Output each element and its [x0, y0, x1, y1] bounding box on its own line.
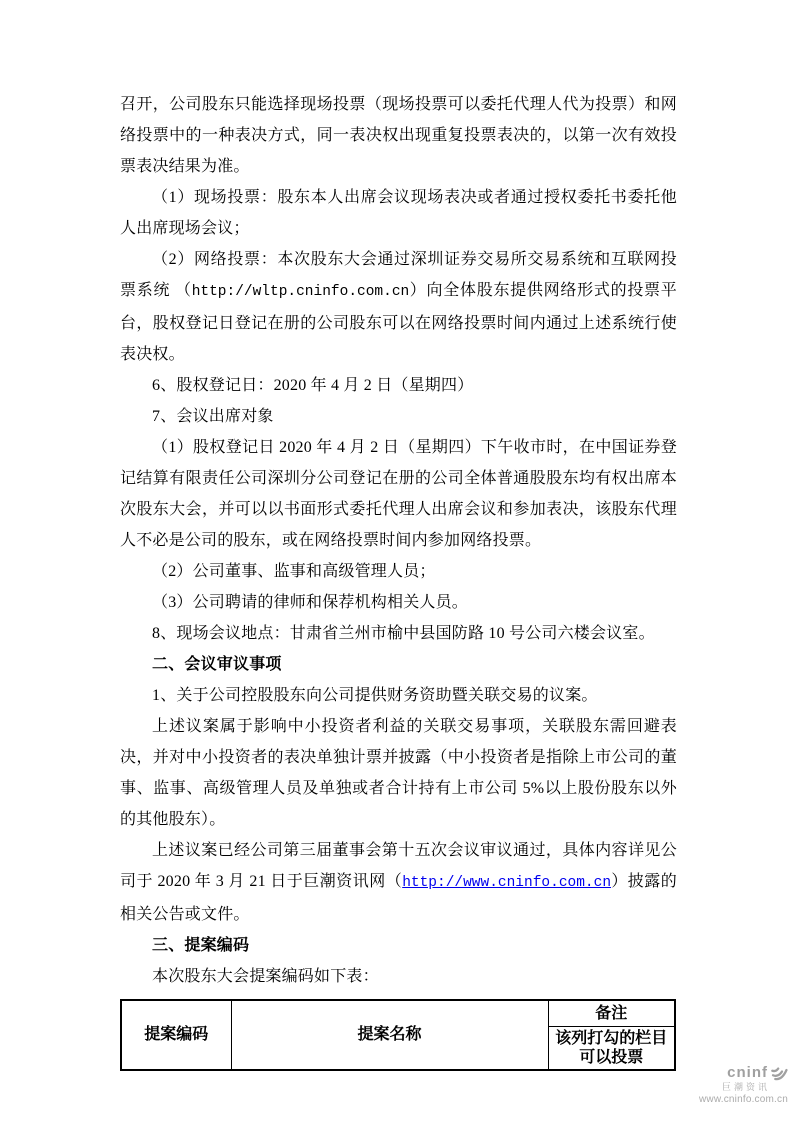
document-page: 召开，公司股东只能选择现场投票（现场投票可以委托代理人代为投票）和网络投票中的一… — [0, 0, 793, 1122]
paragraph-board-approval: 上述议案已经公司第三届董事会第十五次会议审议通过，具体内容详见公司于 2020 … — [120, 835, 677, 930]
paragraph-proposal-item: 1、关于公司控股股东向公司提供财务资助暨关联交易的议案。 — [120, 680, 677, 711]
paragraph-attendees-directors: （2）公司董事、监事和高级管理人员； — [120, 556, 677, 587]
table-header-proposal-code: 提案编码 — [121, 1000, 231, 1070]
section-heading-review-matters: 二、会议审议事项 — [120, 649, 677, 680]
paragraph-online-voting: （2）网络投票：本次股东大会通过深圳证券交易所交易系统和互联网投票系统 （htt… — [120, 244, 677, 370]
paragraph-attendees-heading: 7、会议出席对象 — [120, 401, 677, 432]
paragraph-meeting-location: 8、现场会议地点：甘肃省兰州市榆中县国防路 10 号公司六楼会议室。 — [120, 618, 677, 649]
section-heading-proposal-code: 三、提案编码 — [120, 930, 677, 961]
wltp-url-text: http://wltp.cninfo.com.cn — [192, 284, 410, 300]
cninfo-watermark: cninf 巨潮资讯 www.cninfo.com.cn — [668, 1064, 788, 1105]
cninfo-link[interactable]: http://www.cninfo.com.cn — [402, 875, 611, 891]
table-header-row-top: 提案编码 提案名称 备注 — [121, 1000, 675, 1026]
paragraph-voting-method: 召开，公司股东只能选择现场投票（现场投票可以委托代理人代为投票）和网络投票中的一… — [120, 89, 677, 182]
paragraph-table-intro: 本次股东大会提案编码如下表： — [120, 961, 677, 992]
document-body: 召开，公司股东只能选择现场投票（现场投票可以委托代理人代为投票）和网络投票中的一… — [120, 89, 677, 1071]
cninfo-website-url: www.cninfo.com.cn — [668, 1094, 788, 1105]
cninfo-logo-text: cninf — [727, 1065, 768, 1082]
table-header-remark-note: 该列打勾的栏目可以投票 — [548, 1026, 675, 1070]
cninfo-swirl-icon — [770, 1064, 788, 1082]
paragraph-attendees-lawyers: （3）公司聘请的律师和保荐机构相关人员。 — [120, 587, 677, 618]
cninfo-chinese-name: 巨潮资讯 — [668, 1083, 770, 1093]
cninfo-logo-row: cninf — [668, 1064, 788, 1082]
paragraph-onsite-voting: （1）现场投票：股东本人出席会议现场表决或者通过授权委托书委托他人出席现场会议； — [120, 182, 677, 244]
table-header-remark: 备注 — [548, 1000, 675, 1026]
table-header-proposal-name: 提案名称 — [231, 1000, 548, 1070]
proposal-code-table: 提案编码 提案名称 备注 该列打勾的栏目可以投票 — [120, 999, 676, 1071]
paragraph-attendees-shareholders: （1）股权登记日 2020 年 4 月 2 日（星期四）下午收市时，在中国证券登… — [120, 432, 677, 556]
paragraph-record-date: 6、股权登记日：2020 年 4 月 2 日（星期四） — [120, 370, 677, 401]
paragraph-minority-investors: 上述议案属于影响中小投资者利益的关联交易事项，关联股东需回避表决，并对中小投资者… — [120, 711, 677, 835]
